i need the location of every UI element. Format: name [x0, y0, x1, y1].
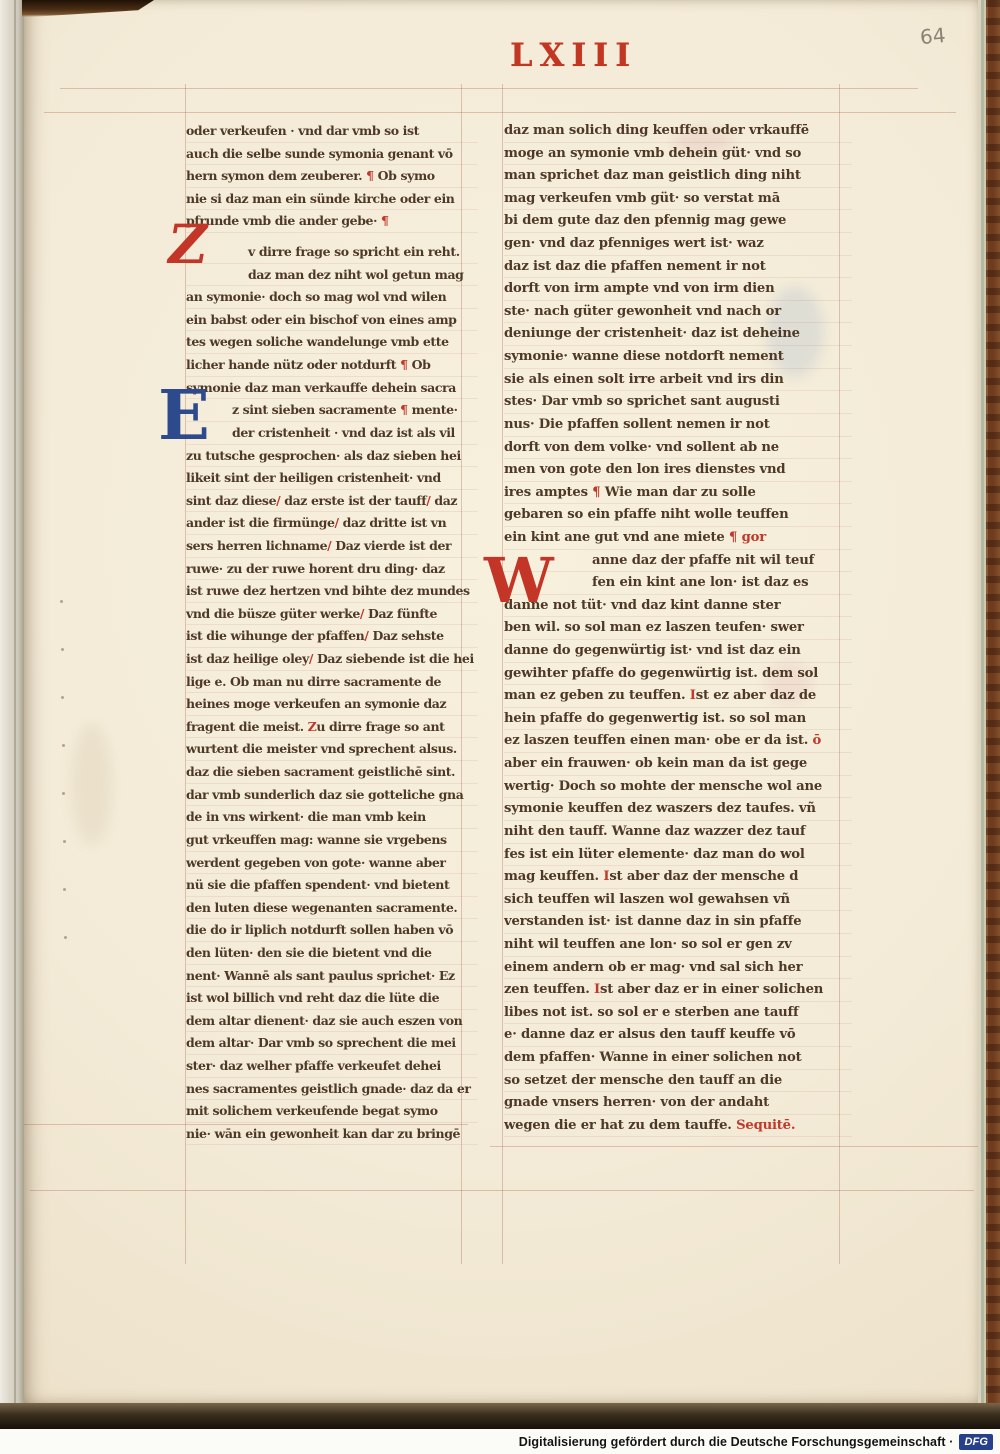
photo-bottom-shadow — [0, 1403, 1000, 1429]
manuscript-line: sie als einen solt irre arbeit vnd irs d… — [504, 369, 852, 392]
manuscript-line: den lüten· den sie die bietent vnd die — [186, 942, 478, 965]
manuscript-line: ein babst oder ein bischof von eines amp — [186, 309, 478, 332]
manuscript-line: pfrunde vmb die ander gebe· ¶ — [186, 210, 478, 233]
prick-mark — [61, 696, 64, 699]
manuscript-line: ein kint ane gut vnd ane miete ¶ gor — [504, 527, 852, 550]
manuscript-line: z sint sieben sacramente ¶ mente· — [186, 399, 478, 422]
manuscript-line: auch die selbe sunde symonia genant vō — [186, 143, 478, 166]
dfg-logo: DFG — [959, 1434, 993, 1450]
manuscript-line: mit solichem verkeufende begat symo — [186, 1100, 478, 1123]
prick-mark — [62, 744, 65, 747]
manuscript-line: heines moge verkeufen an symonie daz — [186, 693, 478, 716]
manuscript-line: nie· wān ein gewonheit kan dar zu bringē — [186, 1123, 478, 1146]
text-column-left: oder verkeufen · vnd dar vmb so istauch … — [186, 120, 478, 1145]
manuscript-line: niht wil teuffen ane lon· so sol er gen … — [504, 934, 852, 957]
manuscript-line: ander ist die firmünge/ daz dritte ist v… — [186, 512, 478, 535]
manuscript-line: mag keuffen. Ist aber daz der mensche d — [504, 866, 852, 889]
digitization-credit-bar: Digitalisierung gefördert durch die Deut… — [0, 1429, 1000, 1454]
manuscript-line: ires amptes ¶ Wie man dar zu solle — [504, 482, 852, 505]
manuscript-line: man sprichet daz man geistlich ding niht — [504, 165, 852, 188]
folio-number: 64 — [919, 23, 946, 49]
manuscript-line: danne not tüt· vnd daz kint danne ster — [504, 595, 852, 618]
manuscript-line: gut vrkeuffen mag: wanne sie vrgebens — [186, 829, 478, 852]
manuscript-line: gewihter pfaffe do gegenwürtig ist. dem … — [504, 663, 852, 686]
manuscript-line: lige e. Ob man nu dirre sacramente de — [186, 671, 478, 694]
manuscript-line: ist ruwe dez hertzen vnd bihte dez munde… — [186, 580, 478, 603]
manuscript-line: fen ein kint ane lon· ist daz es — [504, 572, 852, 595]
manuscript-line: daz ist daz die pfaffen nement ir not — [504, 256, 852, 279]
manuscript-line: ist wol billich vnd reht daz die lüte di… — [186, 987, 478, 1010]
manuscript-line: dem pfaffen· Wanne in einer solichen not — [504, 1047, 852, 1070]
manuscript-line: ste· nach güter gewonheit vnd nach or — [504, 301, 852, 324]
ruling-line — [502, 84, 503, 1264]
manuscript-line: bi dem gute daz den pfennig mag gewe — [504, 210, 852, 233]
manuscript-line: nie si daz man ein sünde kirche oder ein — [186, 188, 478, 211]
manuscript-line: nes sacramentes geistlich gnade· daz da … — [186, 1078, 478, 1101]
manuscript-line: daz man dez niht wol getun mag — [186, 264, 478, 287]
manuscript-line: fes ist ein lüter elemente· daz man do w… — [504, 844, 852, 867]
manuscript-line: vnd die büsze güter werke/ Daz fünfte — [186, 603, 478, 626]
drop-cap-w: W — [484, 544, 554, 617]
manuscript-line: wegen die er hat zu dem tauffe. Sequitē. — [504, 1115, 852, 1138]
manuscript-line: der cristenheit · vnd daz ist als vil — [186, 422, 478, 445]
manuscript-line: tes wegen soliche wandelunge vmb ette — [186, 331, 478, 354]
manuscript-line: die do ir liplich notdurft sollen haben … — [186, 919, 478, 942]
manuscript-page: LXIII 64 oder verkeufen · vnd dar vmb so… — [24, 0, 980, 1406]
text-column-right: daz man solich ding keuffen oder vrkauff… — [504, 120, 852, 1137]
manuscript-line: man ez geben zu teuffen. Ist ez aber daz… — [504, 685, 852, 708]
manuscript-line: gen· vnd daz pfenniges wert ist· waz — [504, 233, 852, 256]
manuscript-line: sers herren lichname/ Daz vierde ist der — [186, 535, 478, 558]
manuscript-line: dem altar dienent· daz sie auch eszen vo… — [186, 1010, 478, 1033]
ruling-line — [60, 88, 918, 89]
manuscript-line: nus· Die pfaffen sollent nemen ir not — [504, 414, 852, 437]
manuscript-line: symonie· wanne diese notdorft nement — [504, 346, 852, 369]
manuscript-line: gnade vnsers herren· von der andaht — [504, 1092, 852, 1115]
manuscript-line: so setzet der mensche den tauff an die — [504, 1070, 852, 1093]
book-fore-edge — [978, 0, 1000, 1429]
manuscript-line: ben wil. so sol man ez laszen teufen· sw… — [504, 617, 852, 640]
manuscript-line: mag verkeufen vmb güt· so verstat mā — [504, 188, 852, 211]
manuscript-line: hern symon dem zeuberer. ¶ Ob symo — [186, 165, 478, 188]
drop-cap-e: E — [158, 376, 210, 456]
manuscript-line: symonie keuffen dez waszers dez taufes. … — [504, 798, 852, 821]
manuscript-line: daz man solich ding keuffen oder vrkauff… — [504, 120, 852, 143]
manuscript-line: anne daz der pfaffe nit wil teuf — [504, 550, 852, 573]
manuscript-line: sich teuffen wil laszen wol gewahsen vñ — [504, 889, 852, 912]
manuscript-line: werdent gegeben von gote· wanne aber — [186, 852, 478, 875]
manuscript-line: deniunge der cristenheit· daz ist dehein… — [504, 323, 852, 346]
prick-mark — [63, 840, 66, 843]
ruling-line — [44, 112, 956, 113]
manuscript-line: wurtent die meister vnd sprechent alsus. — [186, 738, 478, 761]
manuscript-line: wertig· Doch so mohte der mensche wol an… — [504, 776, 852, 799]
manuscript-line: dorft von irm ampte vnd von irm dien — [504, 278, 852, 301]
prick-mark — [62, 792, 65, 795]
manuscript-line: nü sie die pfaffen spendent· vnd bietent — [186, 874, 478, 897]
manuscript-line: den luten diese wegenanten sacramente. — [186, 897, 478, 920]
credit-text: Digitalisierung gefördert durch die Deut… — [519, 1435, 954, 1449]
manuscript-line: dem altar· Dar vmb so sprechent die mei — [186, 1032, 478, 1055]
page-heading-numeral: LXIII — [510, 36, 637, 74]
scanned-book-photo: LXIII 64 oder verkeufen · vnd dar vmb so… — [0, 0, 1000, 1454]
manuscript-line: licher hande nütz oder notdurft ¶ Ob — [186, 354, 478, 377]
manuscript-line: likeit sint der heiligen cristenheit· vn… — [186, 467, 478, 490]
manuscript-line: sint daz diese/ daz erste ist der tauff/… — [186, 490, 478, 513]
manuscript-line: ster· daz welher pfaffe verkeufet dehei — [186, 1055, 478, 1078]
ink-smudge — [72, 724, 112, 844]
manuscript-line: hein pfaffe do gegenwertig ist. so sol m… — [504, 708, 852, 731]
facing-page-edge — [0, 0, 26, 1429]
manuscript-line: an symonie· doch so mag wol vnd wilen — [186, 286, 478, 309]
manuscript-line: aber ein frauwen· ob kein man da ist geg… — [504, 753, 852, 776]
manuscript-line: men von gote den lon ires dienstes vnd — [504, 459, 852, 482]
manuscript-line: stes· Dar vmb so sprichet sant augusti — [504, 391, 852, 414]
manuscript-line: moge an symonie vmb dehein güt· vnd so — [504, 143, 852, 166]
manuscript-line: v dirre frage so spricht ein reht. — [186, 241, 478, 264]
manuscript-line: verstanden ist· ist danne daz in sin pfa… — [504, 911, 852, 934]
prick-mark — [60, 600, 63, 603]
manuscript-line: e· danne daz er alsus den tauff keuffe v… — [504, 1024, 852, 1047]
manuscript-line: zu tutsche gesprochen· als daz sieben he… — [186, 445, 478, 468]
manuscript-line: daz die sieben sacrament geistlichē sint… — [186, 761, 478, 784]
manuscript-line: ist daz heilige oley/ Daz siebende ist d… — [186, 648, 478, 671]
manuscript-line: dorft von dem volke· vnd sollent ab ne — [504, 437, 852, 460]
manuscript-line: ez laszen teuffen einen man· obe er da i… — [504, 730, 852, 753]
manuscript-line: danne do gegenwürtig ist· vnd ist daz ei… — [504, 640, 852, 663]
manuscript-line: gebaren so ein pfaffe niht wolle teuffen — [504, 504, 852, 527]
manuscript-line: fragent die meist. Zu dirre frage so ant — [186, 716, 478, 739]
manuscript-line: zen teuffen. Ist aber daz er in einer so… — [504, 979, 852, 1002]
prick-mark — [64, 936, 67, 939]
prick-mark — [61, 648, 64, 651]
manuscript-line: de in vns wirkent· die man vmb kein — [186, 806, 478, 829]
manuscript-line: niht den tauff. Wanne daz wazzer dez tau… — [504, 821, 852, 844]
manuscript-line: symonie daz man verkauffe dehein sacra — [186, 377, 478, 400]
ruling-line — [490, 1146, 978, 1147]
manuscript-line: dar vmb sunderlich daz sie gotteliche gn… — [186, 784, 478, 807]
prick-mark — [63, 888, 66, 891]
manuscript-line: libes not ist. so sol er e sterben ane t… — [504, 1002, 852, 1025]
manuscript-line: oder verkeufen · vnd dar vmb so ist — [186, 120, 478, 143]
manuscript-line: einem andern ob er mag· vnd sal sich her — [504, 957, 852, 980]
manuscript-line: ist die wihunge der pfaffen/ Daz sehste — [186, 625, 478, 648]
manuscript-line: nent· Wannē als sant paulus sprichet· Ez — [186, 965, 478, 988]
manuscript-line: ruwe· zu der ruwe horent dru ding· daz — [186, 558, 478, 581]
